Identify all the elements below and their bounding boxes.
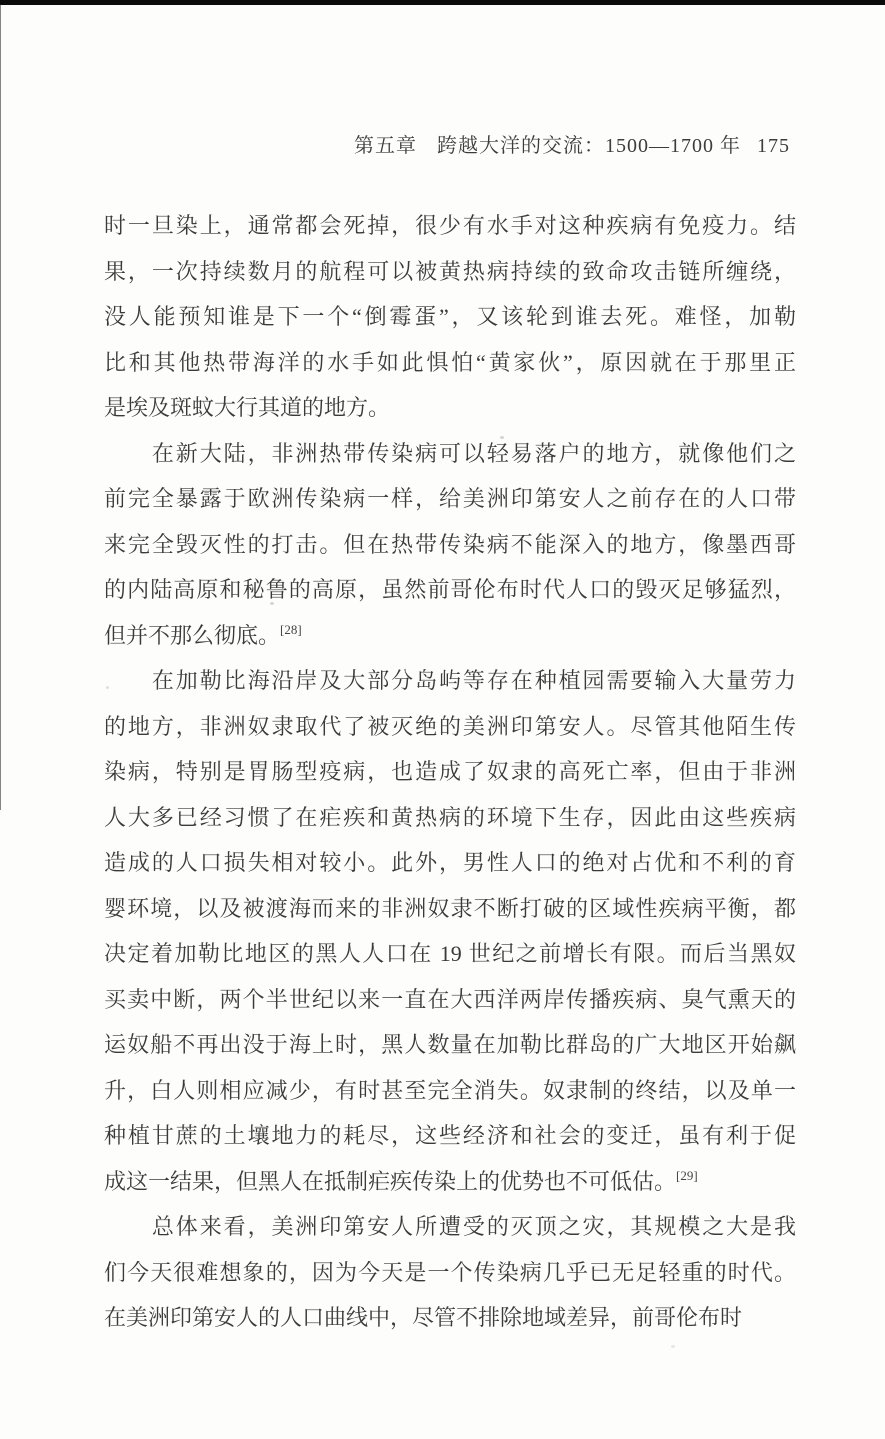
text-line: 在美洲印第安人的人口曲线中，尽管不排除地域差异，前哥伦布时 (104, 1295, 796, 1341)
scan-speck (671, 1345, 675, 1348)
body-text: 时一旦染上，通常都会死掉，很少有水手对这种疾病有免疫力。结果，一次持续数月的航程… (104, 203, 796, 1341)
chapter-label: 第五章 (354, 135, 417, 157)
text-line: 时一旦染上，通常都会死掉，很少有水手对这种疾病有免疫力。结 (104, 203, 796, 249)
running-header: 第五章跨越大洋的交流：1500—1700 年175 (0, 129, 790, 158)
paragraph-3: 在加勒比海沿岸及大部分岛屿等存在种植园需要输入大量劳力的地方，非洲奴隶取代了被灭… (104, 658, 796, 1204)
text-line: 在新大陆，非洲热带传染病可以轻易落户的地方，就像他们之 (104, 431, 796, 477)
text-line: 果，一次持续数月的航程可以被黄热病持续的致命攻击链所缠绕， (104, 249, 796, 295)
paragraph-1: 时一旦染上，通常都会死掉，很少有水手对这种疾病有免疫力。结果，一次持续数月的航程… (104, 203, 796, 431)
text-line: 婴环境，以及被渡海而来的非洲奴隶不断打破的区域性疾病平衡，都 (104, 886, 796, 932)
text-line: 来完全毁灭性的打击。但在热带传染病不能深入的地方，像墨西哥 (104, 522, 796, 568)
footnote-ref: [28] (280, 622, 302, 637)
text-line: 没人能预知谁是下一个“倒霉蛋”，又该轮到谁去死。难怪，加勒 (104, 294, 796, 340)
text-line: 们今天很难想象的，因为今天是一个传染病几乎已无足轻重的时代。 (104, 1250, 796, 1296)
scan-edge-top (0, 0, 885, 5)
text-line: 人大多已经习惯了在疟疾和黄热病的环境下生存，因此由这些疾病 (104, 795, 796, 841)
chapter-title: 跨越大洋的交流：1500—1700 年 (437, 135, 741, 157)
text-line: 在加勒比海沿岸及大部分岛屿等存在种植园需要输入大量劳力 (104, 658, 796, 704)
text-line: 染病，特别是胃肠型疫病，也造成了奴隶的高死亡率，但由于非洲 (104, 749, 796, 795)
text-line: 但并不那么彻底。[28] (104, 613, 796, 659)
text-line: 决定着加勒比地区的黑人人口在 19 世纪之前增长有限。而后当黑奴 (104, 931, 796, 977)
book-page: 第五章跨越大洋的交流：1500—1700 年175 时一旦染上，通常都会死掉，很… (0, 0, 885, 1439)
text-line: 前完全暴露于欧洲传染病一样，给美洲印第安人之前存在的人口带 (104, 476, 796, 522)
text-line: 运奴船不再出没于海上时，黑人数量在加勒比群岛的广大地区开始飙 (104, 1022, 796, 1068)
page-number: 175 (757, 135, 790, 157)
paragraph-2: 在新大陆，非洲热带传染病可以轻易落户的地方，就像他们之前完全暴露于欧洲传染病一样… (104, 431, 796, 659)
text-line: 买卖中断，两个半世纪以来一直在大西洋两岸传播疾病、臭气熏天的 (104, 977, 796, 1023)
scan-edge-left (0, 4, 1, 810)
text-line: 的内陆高原和秘鲁的高原，虽然前哥伦布时代人口的毁灭足够猛烈， (104, 567, 796, 613)
text-line: 成这一结果，但黑人在抵制疟疾传染上的优势也不可低估。[29] (104, 1159, 796, 1205)
paragraph-4: 总体来看，美洲印第安人所遭受的灭顶之灾，其规模之大是我们今天很难想象的，因为今天… (104, 1204, 796, 1341)
text-line: 种植甘蔗的土壤地力的耗尽，这些经济和社会的变迁，虽有利于促 (104, 1113, 796, 1159)
text-line: 造成的人口损失相对较小。此外，男性人口的绝对占优和不利的育 (104, 840, 796, 886)
text-line: 总体来看，美洲印第安人所遭受的灭顶之灾，其规模之大是我 (104, 1204, 796, 1250)
text-line: 升，白人则相应减少，有时甚至完全消失。奴隶制的终结，以及单一 (104, 1068, 796, 1114)
text-line: 比和其他热带海洋的水手如此惧怕“黄家伙”，原因就在于那里正 (104, 340, 796, 386)
text-line: 的地方，非洲奴隶取代了被灭绝的美洲印第安人。尽管其他陌生传 (104, 704, 796, 750)
text-line: 是埃及斑蚊大行其道的地方。 (104, 385, 796, 431)
footnote-ref: [29] (676, 1168, 698, 1183)
